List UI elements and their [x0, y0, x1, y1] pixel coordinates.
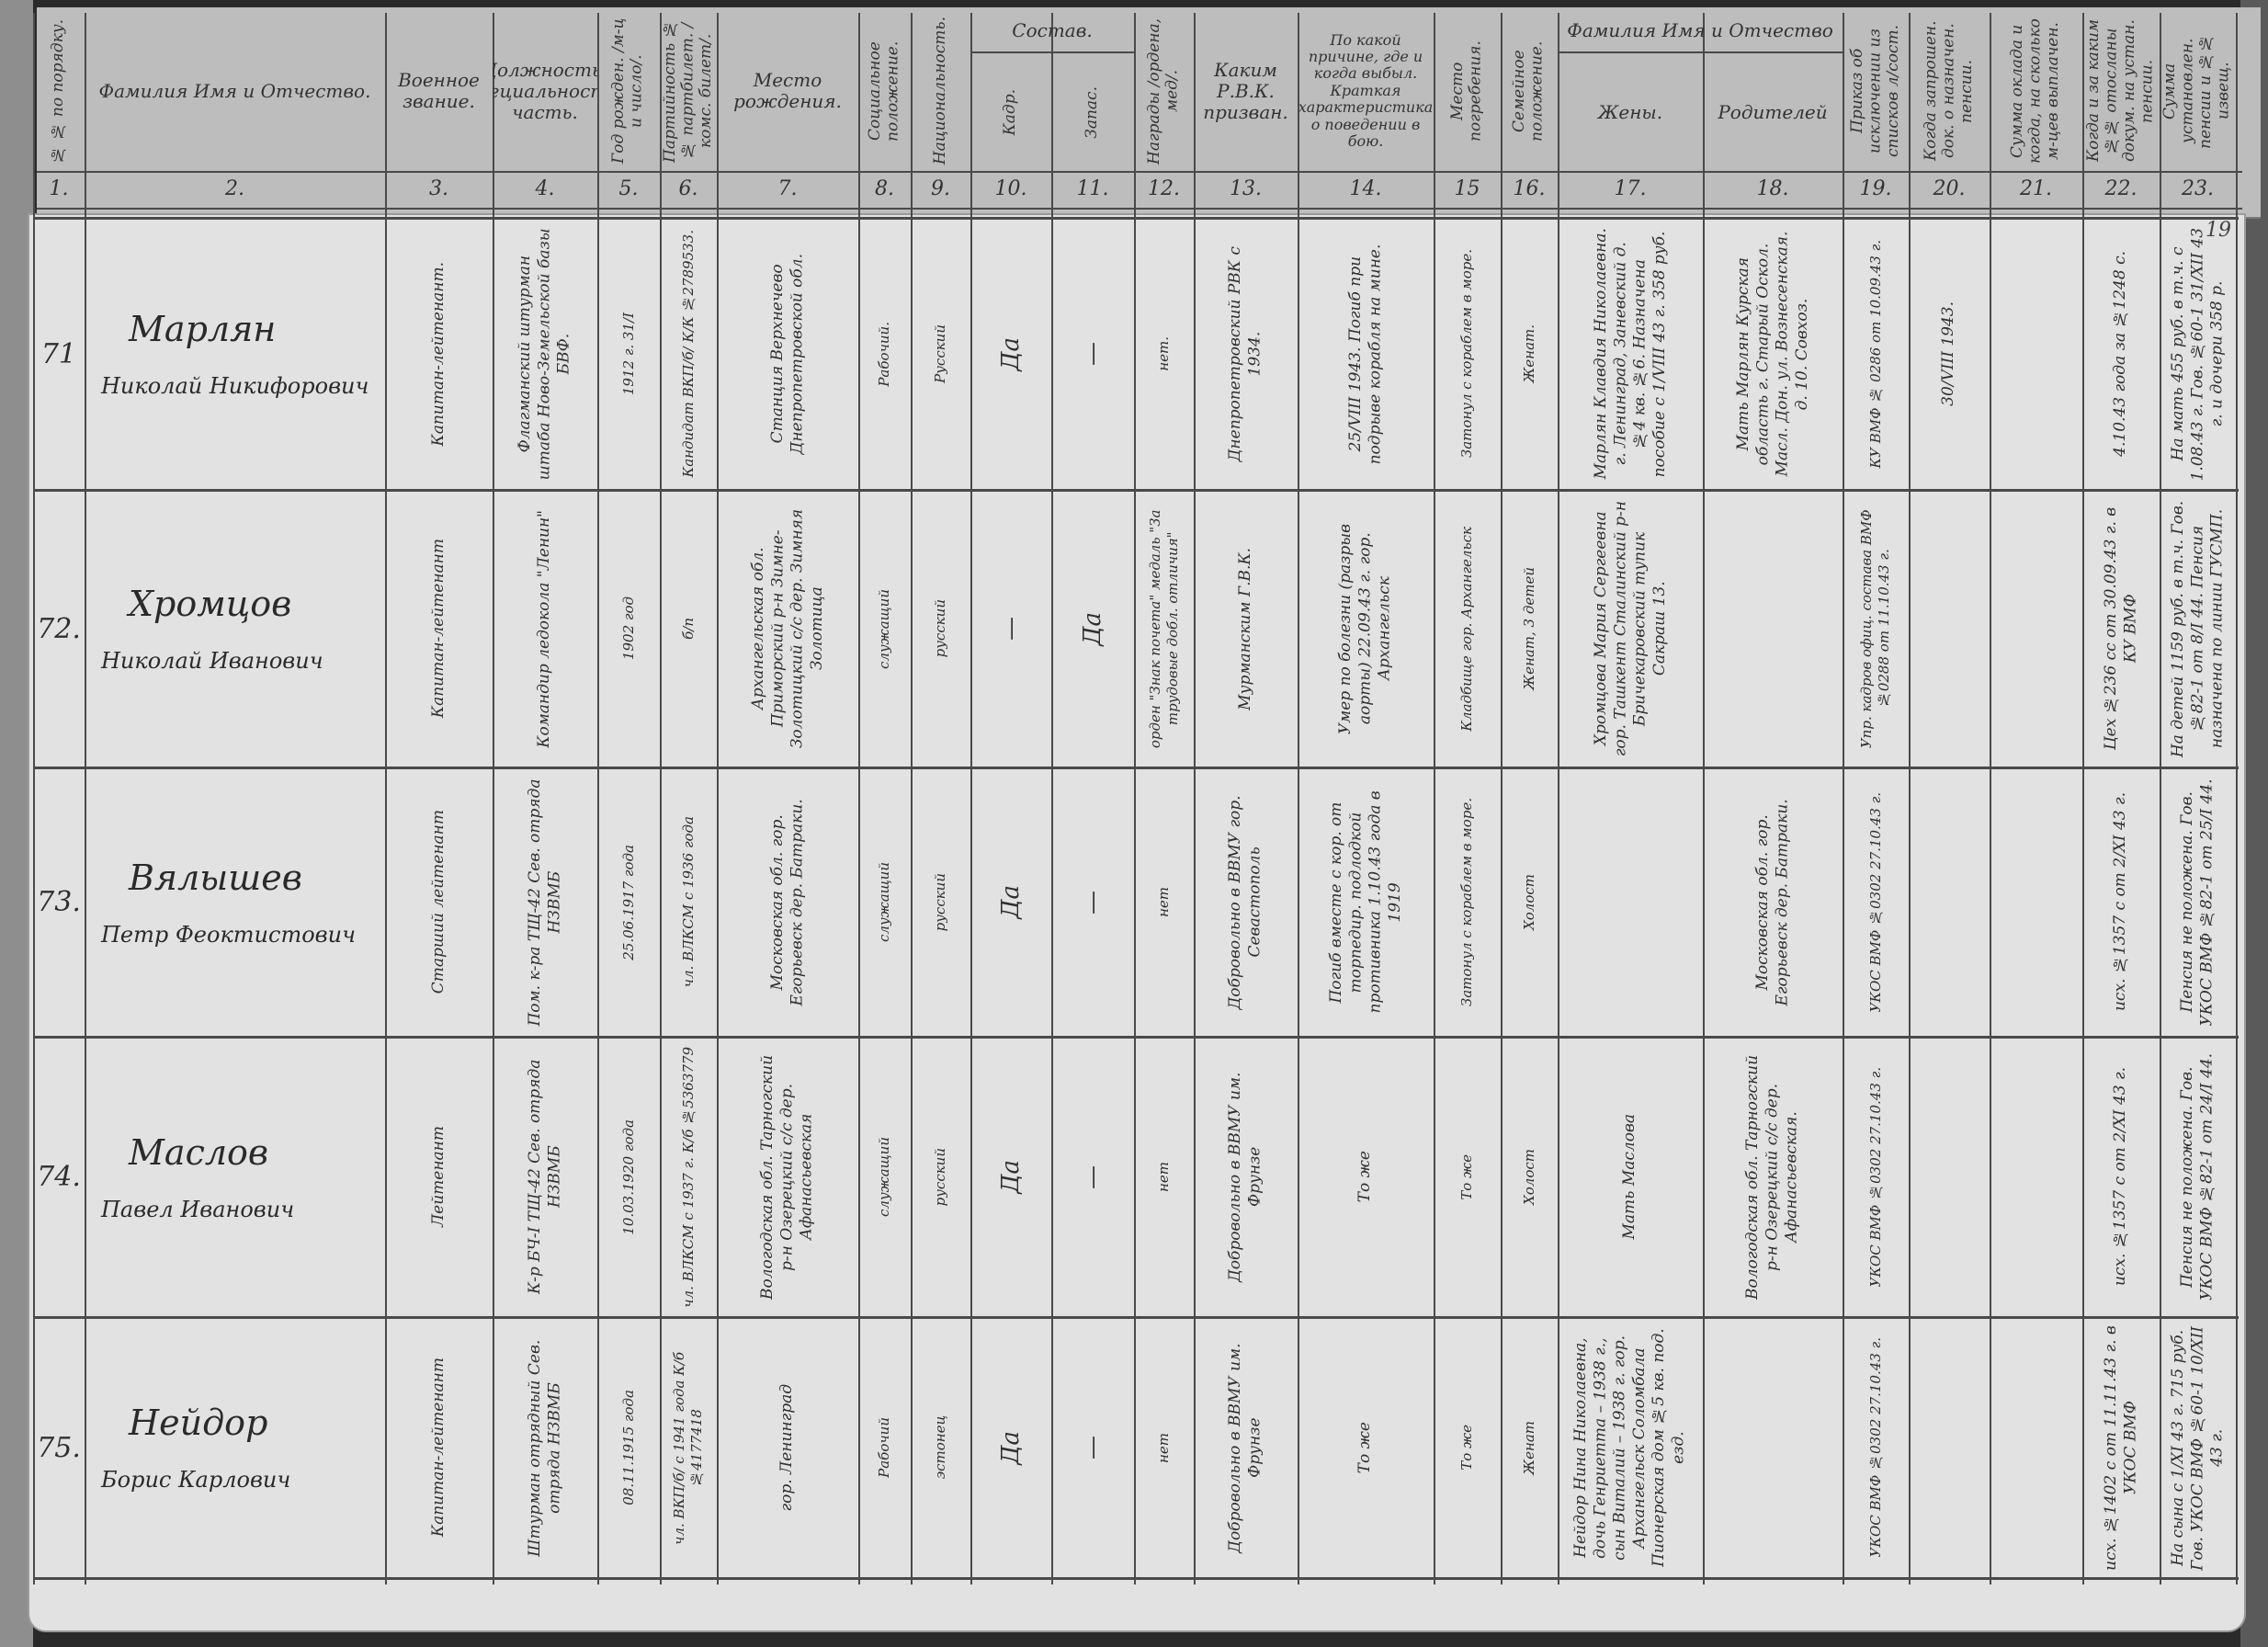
column-header-label: Национальность. [932, 17, 950, 165]
cell-text: 30/VIII 1943. [1939, 301, 1958, 406]
cell-col-3: Капитан-лейтенант. [385, 221, 493, 487]
column-header-2: Фамилия Имя и Отчество. [85, 13, 385, 169]
cell-col-6: чл. ВЛКСМ с 1937 г. К/б №5363779 [660, 1039, 717, 1314]
cell-col-15: Затонул с кораблем в море. [1434, 770, 1501, 1034]
cell-col-13: Добровольно в ВВМУ им. Фрунзе [1194, 1039, 1298, 1314]
row-rule [33, 489, 2239, 492]
cell-col-13: Добровольно в ВВМУ им. Фрунзе [1194, 1320, 1298, 1575]
cell-col-11: — [1051, 221, 1134, 487]
cell-text: нет [1155, 1162, 1173, 1192]
cell-col-7: Архангельская обл. Приморский р-н Зимне-… [717, 493, 858, 765]
cell-text: То же [1458, 1425, 1476, 1471]
column-number-6: 6. [660, 173, 717, 204]
cell-col-5: 1902 год [597, 493, 660, 765]
cell-col-21 [1990, 770, 2082, 1034]
cell-col-12: нет [1134, 770, 1194, 1034]
cell-col-6: Кандидат ВКП/б/ К/К №2789533. [660, 221, 717, 487]
cell-text: исх. №1402 с от 11.11.43 г. в УКОС ВМФ [2102, 1325, 2141, 1571]
cell-col-17: Мать Маслова [1558, 1039, 1703, 1314]
cell-col-11: — [1051, 770, 1134, 1034]
column-number-21: 21. [1990, 173, 2082, 204]
person-name: НейдорБорис Карлович [85, 1320, 385, 1575]
row-rule [33, 767, 2239, 769]
cell-col-20 [1909, 1320, 1990, 1575]
cell-text: 25.06.1917 года [620, 845, 638, 960]
cell-col-4: К-р БЧ-I ТЩ-42 Сев. отряда НЗВМБ [493, 1039, 597, 1314]
person-name: ВялышевПетр Феоктистович [85, 770, 385, 1034]
cell-text: Капитан-лейтенант [429, 539, 448, 718]
cell-text: То же [1355, 1422, 1375, 1473]
cell-text: — [996, 617, 1026, 641]
cell-col-7: гор. Ленинград [717, 1320, 858, 1575]
column-number-16: 16. [1501, 173, 1558, 204]
surname: Нейдор [129, 1403, 385, 1443]
column-header-12: Награды /ордена, мед/. [1134, 13, 1194, 169]
column-number-18: 18. [1703, 173, 1843, 204]
cell-col-8: Рабочий [858, 1320, 911, 1575]
cell-col-11: Да [1051, 493, 1134, 765]
cell-text: КУ ВМФ № 0286 от 10.09.43 г. [1867, 240, 1885, 468]
cell-col-16: Женат [1501, 1320, 1558, 1575]
column-header-label: Сумма установлен. пенсии и №№ извещ. [2161, 13, 2233, 169]
cell-text: Кладбище гор. Архангельск [1458, 527, 1476, 732]
cell-col-21 [1990, 1320, 2082, 1575]
cell-col-17: Марлян Клавдия Николаевна. г. Ленинград,… [1558, 221, 1703, 487]
column-header-4: Должность, специальность, часть. [493, 13, 597, 169]
cell-text: 25/VIII 1943. Погиб при подрыве корабля … [1346, 226, 1386, 482]
ledger-spread: 19 Состав.Фамилия Имя и Отчество№ № по п… [0, 0, 2268, 1647]
column-number-1: 1. [33, 173, 85, 204]
row-rule [33, 1577, 2239, 1580]
column-number-8: 8. [858, 173, 911, 204]
cell-text: Да [996, 1431, 1026, 1465]
cell-col-14: То же [1298, 1039, 1434, 1314]
cell-col-7: Московская обл. гор. Егорьевск дер. Батр… [717, 770, 858, 1034]
row-rule [33, 1036, 2239, 1039]
cell-col-21 [1990, 1039, 2082, 1314]
cell-col-18 [1703, 493, 1843, 765]
column-number-3: 3. [385, 173, 493, 204]
column-number-15: 15 [1434, 173, 1501, 204]
cell-text: УКОС ВМФ №0302 27.10.43 г. [1867, 1337, 1885, 1557]
cell-col-6: чл. ВКП/б/ с 1941 года К/б №4177418 [660, 1320, 717, 1575]
cell-text: служащий [876, 589, 893, 669]
column-header-19: Приказ об исключении из списков л/сост. [1843, 13, 1909, 169]
column-header-label: Место рождения. [717, 70, 858, 112]
column-header-label: Должность, специальность, часть. [493, 60, 597, 123]
column-header-label: № № по порядку. [50, 19, 68, 164]
column-number-2: 2. [85, 173, 385, 204]
cell-col-19: УКОС ВМФ №0302 27.10.43 г. [1843, 770, 1909, 1034]
cell-text: Марлян Клавдия Николаевна. г. Ленинград,… [1592, 226, 1670, 482]
cell-col-20 [1909, 493, 1990, 765]
surname: Вялышев [129, 858, 385, 898]
cell-text: На мать 455 руб. в т.ч. с 1.08.43 г. Гов… [2169, 226, 2228, 482]
cell-text: Вологодская обл. Тарногский р-н Озерецки… [758, 1045, 817, 1309]
cell-text: Пенсия не положена. Гов. УКОС ВМФ №82-1 … [2178, 776, 2217, 1029]
row-rule [33, 217, 2239, 220]
column-header-label: Жены. [1598, 102, 1662, 123]
cell-col-4: Пом. к-ра ТЩ-42 Сев. отряда НЗВМБ [493, 770, 597, 1034]
column-header-10: Кадр. [970, 55, 1051, 169]
column-header-7: Место рождения. [717, 13, 858, 169]
cell-text: Добровольно в ВВМУ им. Фрунзе [1226, 1045, 1265, 1309]
cell-col-9: эстонец [911, 1320, 970, 1575]
cell-text: Капитан-лейтенант. [429, 262, 448, 446]
cell-text: К-р БЧ-I ТЩ-42 Сев. отряда НЗВМБ [526, 1045, 565, 1309]
given-name-patronymic: Николай Иванович [101, 648, 385, 674]
column-header-label: Год рожден. /м-ц и число/. [610, 13, 646, 169]
column-header-20: Когда запрошен. док. о назначен. пенсии. [1909, 13, 1990, 169]
column-number-22: 22. [2082, 173, 2160, 204]
cell-text: УКОС ВМФ №0302 27.10.43 г. [1867, 1067, 1885, 1287]
cell-text: 4.10.43 года за №1248 с. [2111, 251, 2130, 457]
cell-text: Мать Марлян Курская область г. Старый Ос… [1734, 226, 1812, 482]
cell-text: исх. №1357 с от 2/XI 43 г. [2111, 792, 2130, 1011]
cell-col-7: Станция Верхнечево Днепропетровской обл. [717, 221, 858, 487]
cell-text: Рабочий. [876, 322, 893, 387]
person-name: ХромцовНиколай Иванович [85, 493, 385, 765]
cell-col-23: На детей 1159 руб. в т.ч. Гов. №82-1 от … [2160, 493, 2236, 765]
column-header-label: Каким Р.В.К. призван. [1194, 60, 1298, 123]
cell-col-20 [1909, 1039, 1990, 1314]
cell-text: — [1078, 1436, 1108, 1460]
cell-text: Командир ледокола "Ленин" [535, 510, 554, 748]
cell-text: Мурманским Г.В.К. [1236, 548, 1255, 710]
row-number: 74. [33, 1039, 85, 1314]
cell-text: Затонул с кораблем в море. [1458, 249, 1476, 458]
column-header-label: Социальное положение. [867, 13, 902, 169]
cell-text: Нейдор Нина Николаевна, дочь Генриетта –… [1571, 1325, 1689, 1571]
cell-text: служащий [876, 862, 893, 942]
cell-text: — [1078, 1165, 1108, 1189]
sostav-group-rule [970, 51, 1134, 53]
cell-col-12: нет. [1134, 221, 1194, 487]
cell-text: 08.11.1915 года [620, 1390, 638, 1505]
cell-text: Женат [1521, 1421, 1538, 1475]
column-header-label: Военное звание. [385, 70, 493, 112]
cell-col-23: Пенсия не положена. Гов. УКОС ВМФ №82-1 … [2160, 1039, 2236, 1314]
cell-col-9: русский [911, 770, 970, 1034]
column-header-label: Приказ об исключении из списков л/сост. [1849, 13, 1903, 169]
cell-col-22: исх. №1357 с от 2/XI 43 г. [2082, 1039, 2160, 1314]
cell-text: Вологодская обл. Тарногский р-н Озерецки… [1743, 1045, 1802, 1309]
cell-text: русский [932, 599, 949, 657]
cell-text: исх. №1357 с от 2/XI 43 г. [2111, 1067, 2130, 1286]
given-name-patronymic: Николай Никифорович [101, 373, 385, 399]
family-group-rule [1558, 51, 1843, 53]
column-header-9: Национальность. [911, 13, 970, 169]
column-header-label: Сумма оклада и когда, на сколько м-цев в… [2009, 13, 2063, 169]
surname: Марлян [129, 309, 385, 349]
column-header-13: Каким Р.В.К. призван. [1194, 13, 1298, 169]
cell-text: Да [996, 1160, 1026, 1194]
cell-text: 1902 год [620, 596, 638, 660]
cell-text: Упр. кадров офиц. состава ВМФ №0288 от 1… [1858, 498, 1893, 759]
cell-col-20 [1909, 770, 1990, 1034]
column-number-17: 17. [1558, 173, 1703, 204]
cell-col-15: Кладбище гор. Архангельск [1434, 493, 1501, 765]
column-header-label: Награды /ордена, мед/. [1146, 13, 1182, 169]
cell-col-13: Днепропетровский РВК с 1934. [1194, 221, 1298, 487]
cell-text: Цех №236 сс от 30.09.43 г. в КУ ВМФ [2102, 498, 2141, 759]
cell-col-12: орден "Знак почета" медаль "За трудовые … [1134, 493, 1194, 765]
cell-text: служащий [876, 1137, 893, 1217]
row-rule [33, 1316, 2239, 1319]
cell-text: 1912 г. 31/I [620, 312, 638, 395]
cell-col-22: 4.10.43 года за №1248 с. [2082, 221, 2160, 487]
cell-col-16: Женат. [1501, 221, 1558, 487]
cell-col-21 [1990, 221, 2082, 487]
column-header-3: Военное звание. [385, 13, 493, 169]
column-number-9: 9. [911, 173, 970, 204]
column-number-5: 5. [597, 173, 660, 204]
column-header-22: Когда и за каким №№ отосланы докум. на у… [2082, 13, 2160, 169]
cell-text: гор. Ленинград [777, 1384, 797, 1512]
cell-text: На детей 1159 руб. в т.ч. Гов. №82-1 от … [2169, 498, 2228, 759]
column-header-1: № № по порядку. [33, 13, 85, 169]
column-header-8: Социальное положение. [858, 13, 911, 169]
cell-text: На сына с 1/XI 43 г. 715 руб. Гов. УКОС … [2169, 1325, 2228, 1571]
cell-text: Хромцова Мария Сергеевна гор. Ташкент Ст… [1592, 498, 1670, 759]
given-name-patronymic: Борис Карлович [101, 1467, 385, 1493]
column-header-label: По какой причине, где и когда выбыл. Кра… [1298, 32, 1434, 151]
cell-text: Женат, 3 детей [1521, 567, 1538, 690]
column-number-19: 19. [1843, 173, 1909, 204]
column-header-label: Запас. [1083, 86, 1102, 139]
surname: Хромцов [129, 584, 385, 624]
cell-text: Станция Верхнечево Днепропетровской обл. [768, 226, 808, 482]
column-header-label: Фамилия Имя и Отчество. [99, 81, 371, 102]
cell-col-19: УКОС ВМФ №0302 27.10.43 г. [1843, 1320, 1909, 1575]
cell-text: Лейтенант [429, 1126, 448, 1227]
cell-text: Пенсия не положена. Гов. УКОС ВМФ №82-1 … [2178, 1045, 2217, 1309]
cell-text: чл. ВЛКСМ с 1936 года [680, 816, 697, 987]
cell-text: То же [1458, 1154, 1476, 1200]
column-number-4: 4. [493, 173, 597, 204]
cell-text: То же [1355, 1151, 1375, 1202]
cell-col-5: 08.11.1915 года [597, 1320, 660, 1575]
column-header-label: Партийность №№ партбилет. /комс. билет/. [662, 13, 716, 169]
cell-text: Да [996, 885, 1026, 919]
cell-text: Архангельская обл. Приморский р-н Зимне-… [749, 498, 827, 759]
cell-text: Старший лейтенант [429, 810, 448, 994]
cell-text: Добровольно в ВВМУ им. Фрунзе [1226, 1325, 1265, 1571]
cell-text: — [1078, 342, 1108, 366]
cell-col-23: На мать 455 руб. в т.ч. с 1.08.43 г. Гов… [2160, 221, 2236, 487]
column-number-7: 7. [717, 173, 858, 204]
cell-text: Флагманский штурман штаба Ново-Земельско… [516, 226, 574, 482]
cell-col-7: Вологодская обл. Тарногский р-н Озерецки… [717, 1039, 858, 1314]
cell-col-22: исх. №1357 с от 2/XI 43 г. [2082, 770, 2160, 1034]
surname: Маслов [129, 1132, 385, 1173]
column-number-13: 13. [1194, 173, 1298, 204]
cell-col-23: Пенсия не положена. Гов. УКОС ВМФ №82-1 … [2160, 770, 2236, 1034]
cell-col-14: Погиб вместе с кор. от торпедир. подлодк… [1298, 770, 1434, 1034]
cell-col-3: Капитан-лейтенант [385, 493, 493, 765]
column-header-label: Когда запрошен. док. о назначен. пенсии. [1922, 13, 1977, 169]
cell-text: Днепропетровский РВК с 1934. [1226, 226, 1265, 482]
cell-text: нет [1155, 1433, 1173, 1463]
cell-text: Погиб вместе с кор. от торпедир. подлодк… [1327, 776, 1405, 1029]
column-divider [2236, 13, 2238, 1585]
row-number: 73. [33, 770, 85, 1034]
given-name-patronymic: Петр Феоктистович [101, 922, 385, 948]
cell-col-14: Умер по болезни (разрыв аорты) 22.09.43 … [1298, 493, 1434, 765]
column-number-14: 14. [1298, 173, 1434, 204]
row-number: 75. [33, 1320, 85, 1575]
column-number-12: 12. [1134, 173, 1194, 204]
cell-text: русский [932, 873, 949, 931]
column-header-18: Родителей [1703, 55, 1843, 169]
cell-text: Рабочий [876, 1417, 893, 1478]
cell-col-22: исх. №1402 с от 11.11.43 г. в УКОС ВМФ [2082, 1320, 2160, 1575]
cell-col-19: Упр. кадров офиц. состава ВМФ №0288 от 1… [1843, 493, 1909, 765]
header-bottom-rule [37, 208, 2242, 210]
cell-text: орден "Знак почета" медаль "За трудовые … [1147, 498, 1182, 759]
cell-col-20: 30/VIII 1943. [1909, 221, 1990, 487]
cell-text: Штурман отрядный Сев. отряда НЗВМБ [526, 1325, 565, 1571]
cell-col-13: Мурманским Г.В.К. [1194, 493, 1298, 765]
column-header-14: По какой причине, где и когда выбыл. Кра… [1298, 13, 1434, 169]
cell-col-13: Добровольно в ВВМУ гор. Севастополь [1194, 770, 1298, 1034]
person-name: МасловПавел Иванович [85, 1039, 385, 1314]
cell-col-15: То же [1434, 1320, 1501, 1575]
cell-text: 10.03.1920 года [620, 1119, 638, 1235]
cell-col-18: Мать Марлян Курская область г. Старый Ос… [1703, 221, 1843, 487]
given-name-patronymic: Павел Иванович [101, 1197, 385, 1222]
cell-col-10: Да [970, 1039, 1051, 1314]
cell-text: Московская обл. гор. Егорьевск дер. Батр… [1753, 776, 1793, 1029]
column-header-11: Запас. [1051, 55, 1134, 169]
sostav-group-header: Состав. [970, 9, 1134, 51]
cell-text: Холост [1521, 1149, 1538, 1205]
cell-text: Капитан-лейтенант [429, 1357, 448, 1537]
cell-col-21 [1990, 493, 2082, 765]
cell-col-15: Затонул с кораблем в море. [1434, 221, 1501, 487]
cell-col-18: Московская обл. гор. Егорьевск дер. Батр… [1703, 770, 1843, 1034]
cell-col-3: Старший лейтенант [385, 770, 493, 1034]
cell-col-17: Хромцова Мария Сергеевна гор. Ташкент Ст… [1558, 493, 1703, 765]
cell-col-14: То же [1298, 1320, 1434, 1575]
cell-col-11: — [1051, 1320, 1134, 1575]
cell-col-18 [1703, 1320, 1843, 1575]
column-number-10: 10. [970, 173, 1051, 204]
cell-text: чл. ВКП/б/ с 1941 года К/б №4177418 [671, 1325, 706, 1571]
cell-col-10: Да [970, 770, 1051, 1034]
cell-col-3: Лейтенант [385, 1039, 493, 1314]
person-name: МарлянНиколай Никифорович [85, 221, 385, 487]
cell-text: Женат. [1521, 324, 1538, 383]
cell-text: б/п [680, 618, 697, 640]
cell-col-4: Командир ледокола "Ленин" [493, 493, 597, 765]
cell-col-16: Холост [1501, 1039, 1558, 1314]
cell-col-8: Рабочий. [858, 221, 911, 487]
column-number-11: 11. [1051, 173, 1134, 204]
cell-col-16: Холост [1501, 770, 1558, 1034]
cell-col-11: — [1051, 1039, 1134, 1314]
cell-col-9: русский [911, 1039, 970, 1314]
cell-col-19: КУ ВМФ № 0286 от 10.09.43 г. [1843, 221, 1909, 487]
cell-col-8: служащий [858, 1039, 911, 1314]
cell-text: нет. [1155, 336, 1173, 371]
cell-col-22: Цех №236 сс от 30.09.43 г. в КУ ВМФ [2082, 493, 2160, 765]
cell-col-17: Нейдор Нина Николаевна, дочь Генриетта –… [1558, 1320, 1703, 1575]
column-header-16: Семейное положение. [1501, 13, 1558, 169]
column-number-20: 20. [1909, 173, 1990, 204]
cell-col-9: Русский [911, 221, 970, 487]
cell-col-12: нет [1134, 1320, 1194, 1575]
cell-text: русский [932, 1148, 949, 1206]
cell-text: УКОС ВМФ №0302 27.10.43 г. [1867, 792, 1885, 1012]
cell-col-15: То же [1434, 1039, 1501, 1314]
cell-text: Добровольно в ВВМУ гор. Севастополь [1226, 776, 1265, 1029]
row-number: 72. [33, 493, 85, 765]
cell-text: нет [1155, 887, 1173, 917]
cell-text: Московская обл. гор. Егорьевск дер. Батр… [768, 776, 808, 1029]
cell-col-6: чл. ВЛКСМ с 1936 года [660, 770, 717, 1034]
cell-text: Да [1078, 612, 1108, 646]
cell-col-3: Капитан-лейтенант [385, 1320, 493, 1575]
column-number-23: 23. [2160, 173, 2236, 204]
cell-text: Пом. к-ра ТЩ-42 Сев. отряда НЗВМБ [526, 776, 565, 1029]
cell-text: Умер по болезни (разрыв аорты) 22.09.43 … [1336, 498, 1395, 759]
cell-col-4: Флагманский штурман штаба Ново-Земельско… [493, 221, 597, 487]
cell-col-12: нет [1134, 1039, 1194, 1314]
column-header-17: Жены. [1558, 55, 1703, 169]
family-group-header: Фамилия Имя и Отчество [1558, 9, 1843, 51]
cell-col-6: б/п [660, 493, 717, 765]
cell-col-10: Да [970, 221, 1051, 487]
column-header-21: Сумма оклада и когда, на сколько м-цев в… [1990, 13, 2082, 169]
cell-col-17 [1558, 770, 1703, 1034]
column-header-23: Сумма установлен. пенсии и №№ извещ. [2160, 13, 2236, 169]
row-number: 71 [33, 221, 85, 487]
column-header-5: Год рожден. /м-ц и число/. [597, 13, 660, 169]
cell-text: Затонул с кораблем в море. [1458, 798, 1476, 1006]
cell-col-16: Женат, 3 детей [1501, 493, 1558, 765]
cell-col-5: 10.03.1920 года [597, 1039, 660, 1314]
cell-col-10: Да [970, 1320, 1051, 1575]
cell-col-4: Штурман отрядный Сев. отряда НЗВМБ [493, 1320, 597, 1575]
column-header-label: Место погребения. [1449, 13, 1485, 169]
cell-col-5: 25.06.1917 года [597, 770, 660, 1034]
cell-text: эстонец [932, 1415, 949, 1479]
cell-text: Мать Маслова [1620, 1114, 1639, 1239]
cell-col-10: — [970, 493, 1051, 765]
column-header-label: Семейное положение. [1511, 13, 1547, 169]
cell-text: Кандидат ВКП/б/ К/К №2789533. [680, 230, 697, 477]
cell-col-9: русский [911, 493, 970, 765]
column-header-label: Кадр. [1002, 89, 1020, 135]
column-header-15: Место погребения. [1434, 13, 1501, 169]
column-header-label: Когда и за каким №№ отосланы докум. на у… [2085, 13, 2157, 169]
cell-col-5: 1912 г. 31/I [597, 221, 660, 487]
cell-col-8: служащий [858, 493, 911, 765]
cell-col-14: 25/VIII 1943. Погиб при подрыве корабля … [1298, 221, 1434, 487]
cell-col-23: На сына с 1/XI 43 г. 715 руб. Гов. УКОС … [2160, 1320, 2236, 1575]
column-header-label: Родителей [1718, 102, 1827, 123]
cell-text: чл. ВЛКСМ с 1937 г. К/б №5363779 [680, 1047, 697, 1308]
cell-text: Холост [1521, 874, 1538, 930]
cell-col-8: служащий [858, 770, 911, 1034]
cell-col-18: Вологодская обл. Тарногский р-н Озерецки… [1703, 1039, 1843, 1314]
cell-text: Да [996, 337, 1026, 371]
cell-text: — [1078, 891, 1108, 914]
column-header-6: Партийность №№ партбилет. /комс. билет/. [660, 13, 717, 169]
cell-col-19: УКОС ВМФ №0302 27.10.43 г. [1843, 1039, 1909, 1314]
cell-text: Русский [932, 324, 949, 383]
